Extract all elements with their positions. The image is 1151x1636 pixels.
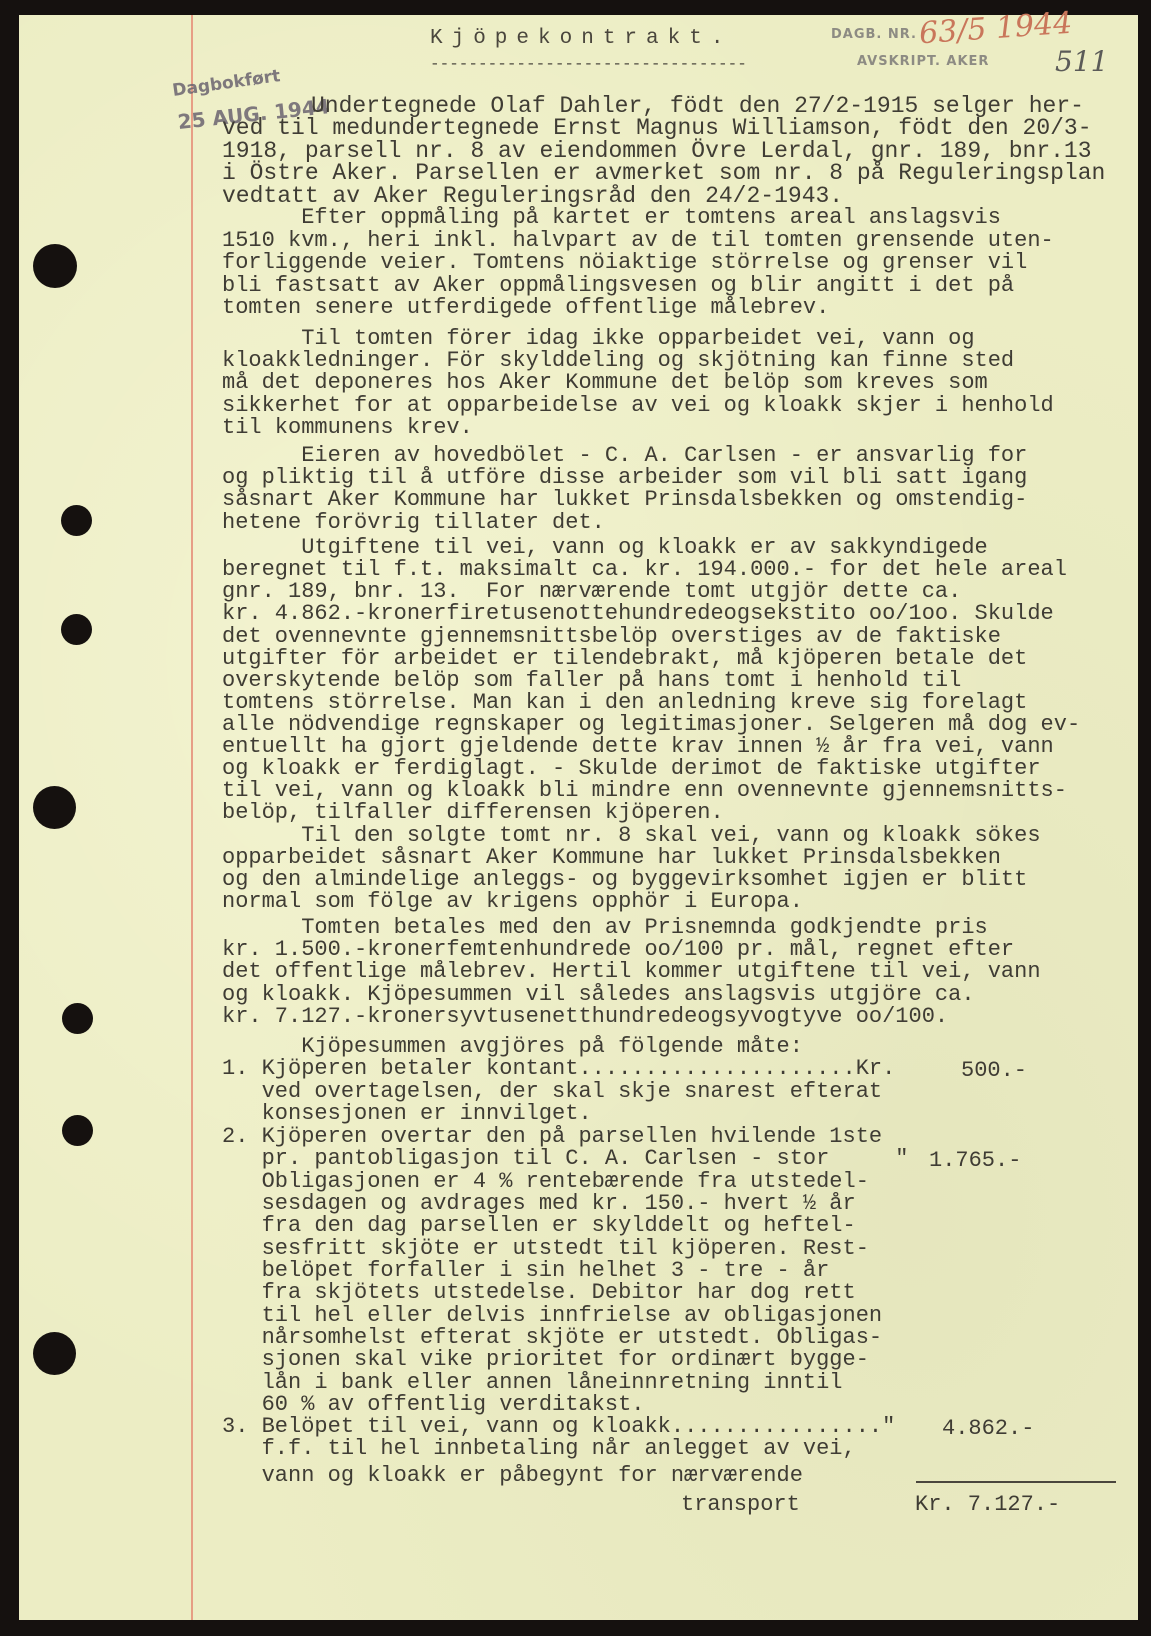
document-page: Kjöpekontrakt. -------------------------… <box>19 15 1138 1620</box>
text-line: må det deponeres hos Aker Kommune det be… <box>222 372 988 394</box>
text-line: normal som fölge av krigens opphör i Eur… <box>222 891 803 913</box>
text-line: såsnart Aker Kommune har lukket Prinsdal… <box>222 489 1027 511</box>
text-line: tomten senere utferdigede offentlige mål… <box>222 297 829 319</box>
text-line: hetene forövrig tillater det. <box>222 512 605 534</box>
title-underline: --------------------------------- <box>430 55 747 73</box>
text-line: pr. pantobligasjon til C. A. Carlsen - s… <box>222 1148 909 1170</box>
text-line: f.f. til hel innbetaling når anlegget av… <box>222 1438 856 1460</box>
transport-total: Kr. 7.127.- <box>915 1492 1060 1517</box>
payment-item-1: 1. Kjöperen betaler kontant.............… <box>222 1058 895 1080</box>
text-line: i Östre Aker. Parsellen er avmerket som … <box>222 162 1105 184</box>
punch-hole-icon <box>33 786 76 829</box>
handwritten-journal-number: 63/5 1944 <box>918 6 1073 52</box>
text-line: forliggende veier. Tomtens nöiaktige stö… <box>222 252 1027 274</box>
text-line: kr. 4.862.-kronerfiretusenottehundredeog… <box>222 603 1054 625</box>
punch-hole-icon <box>62 1003 93 1034</box>
punch-hole-icon <box>33 1332 76 1375</box>
text-line: fra den dag parsellen er skylddelt og he… <box>222 1215 856 1237</box>
punch-hole-icon <box>62 1115 93 1146</box>
transport-label: transport <box>681 1492 800 1517</box>
payment-amount-3: 4.862.- <box>942 1416 1034 1441</box>
sum-underline <box>916 1481 1116 1483</box>
text-line: Efter oppmåling på kartet er tomtens are… <box>222 207 1001 229</box>
punch-hole-icon <box>61 614 92 645</box>
registry-stamp-bottom: AVSKRIPT. AKER <box>857 54 989 69</box>
text-line: ved til medundertegnede Ernst Magnus Wil… <box>222 117 1092 139</box>
dagbok-stamp-label: Dagbokført <box>171 66 281 101</box>
punch-hole-icon <box>61 505 92 536</box>
document-title: Kjöpekontrakt. <box>430 27 732 50</box>
payment-amount-2: 1.765.- <box>929 1148 1021 1173</box>
text-line: kr. 7.127.-kronersyvtusenetthundredeogsy… <box>222 1006 948 1028</box>
text-line: det offentlige målebrev. Hertil kommer u… <box>222 961 1041 983</box>
text-line: fra skjötets utstedelse. Debitor har dog… <box>222 1282 856 1304</box>
punch-hole-icon <box>33 244 77 288</box>
text-line: sjonen skal vike prioritet for ordinært … <box>222 1349 869 1371</box>
text-line: belöp, tilfaller differensen kjöperen. <box>222 802 724 824</box>
margin-line <box>191 15 193 1620</box>
text-line: vann og kloakk er påbegynt for nærværend… <box>222 1465 803 1487</box>
handwritten-page-number: 511 <box>1055 45 1108 78</box>
text-line: konsesjonen er innvilget. <box>222 1103 592 1125</box>
registry-stamp-top: DAGB. NR. <box>831 27 917 42</box>
text-line: til kommunens krev. <box>222 417 473 439</box>
payment-amount-1: 500.- <box>961 1058 1027 1083</box>
